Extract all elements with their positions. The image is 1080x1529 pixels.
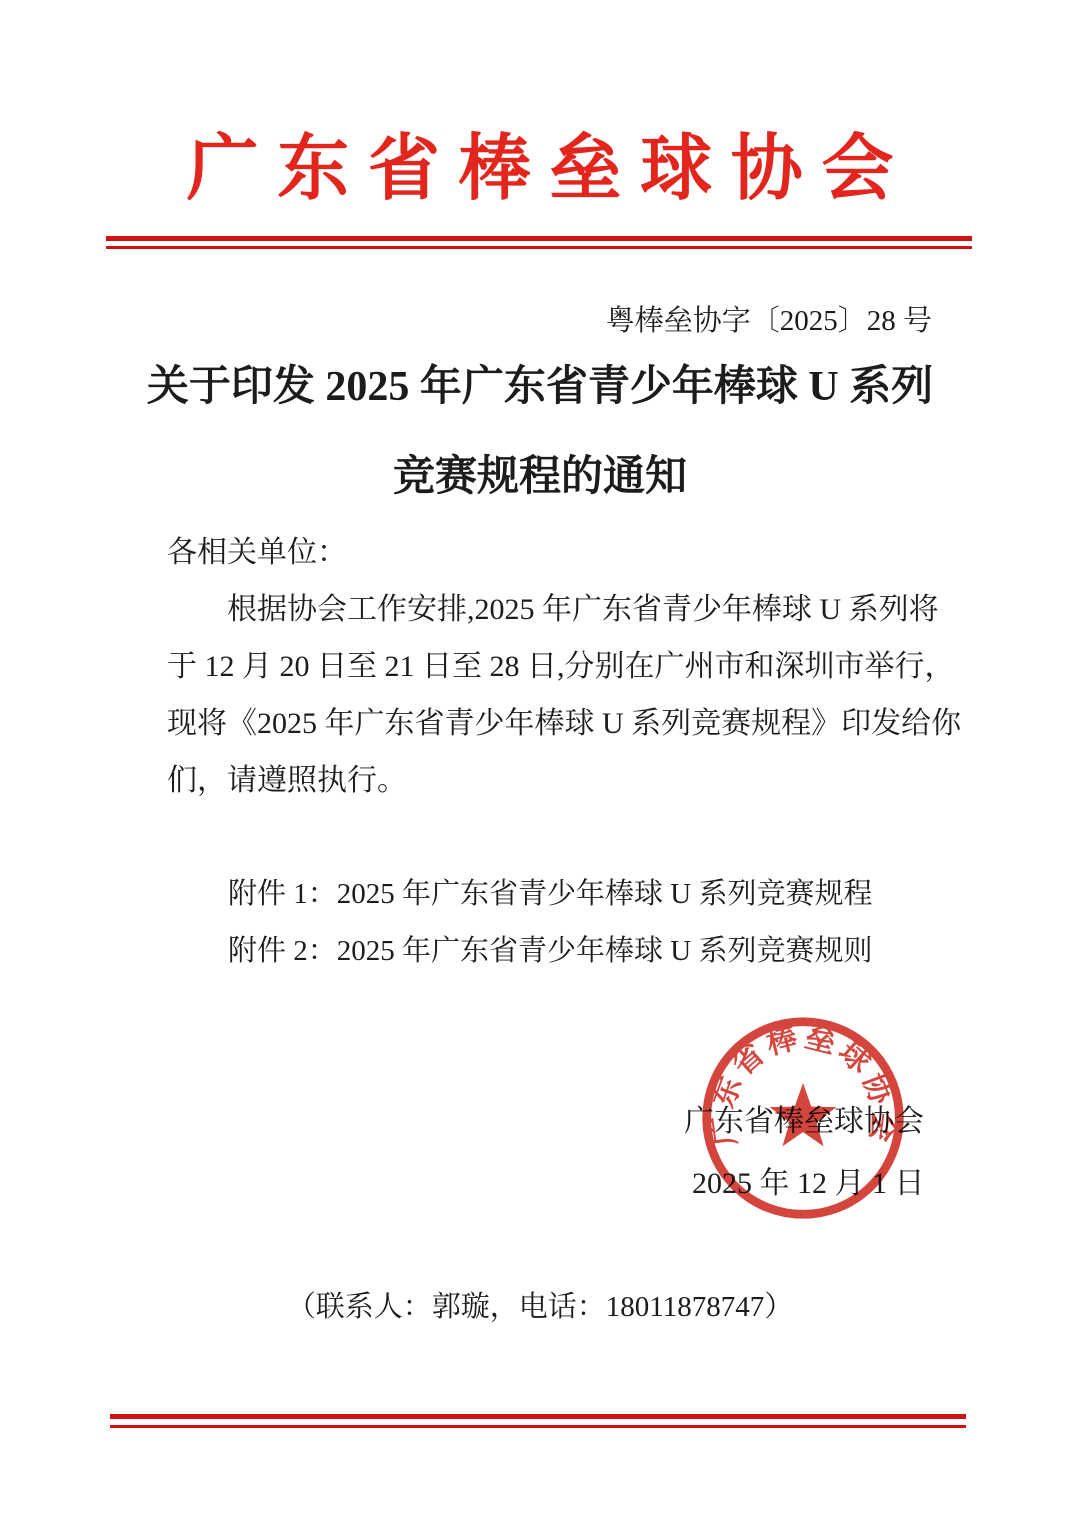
body-line: 们，请遵照执行。 <box>167 752 967 809</box>
document-title: 关于印发 2025 年广东省青少年棒球 U 系列 竞赛规程的通知 <box>0 364 1080 500</box>
header-rule-thin <box>106 246 972 249</box>
document-title-line1: 关于印发 2025 年广东省青少年棒球 U 系列 <box>0 364 1080 410</box>
salutation: 各相关单位： <box>167 524 967 581</box>
document-page: 广东省棒垒球协会 粤棒垒协字〔2025〕28 号 关于印发 2025 年广东省青… <box>0 0 1080 1529</box>
seal-star-icon <box>770 1083 837 1146</box>
body-line: 于 12 月 20 日至 21 日至 28 日,分别在广州市和深圳市举行， <box>167 638 967 695</box>
contact-info: （联系人：郭璇，电话：18011878747） <box>0 1284 1080 1325</box>
attachment-item-2: 附件 2：2025 年广东省青少年棒球 U 系列竞赛规则 <box>228 923 968 980</box>
document-body: 各相关单位： 根据协会工作安排,2025 年广东省青少年棒球 U 系列将 于 1… <box>167 524 967 809</box>
document-number: 粤棒垒协字〔2025〕28 号 <box>0 303 932 341</box>
header-rule-thick <box>106 236 972 241</box>
official-seal-stamp: 广东省棒垒球协会 <box>696 1011 910 1225</box>
footer-rule-thin <box>110 1425 966 1428</box>
body-line: 现将《2025 年广东省青少年棒球 U 系列竞赛规程》印发给你 <box>167 695 967 752</box>
attachments-list: 附件 1：2025 年广东省青少年棒球 U 系列竞赛规程 附件 2：2025 年… <box>228 866 968 980</box>
attachment-item-1: 附件 1：2025 年广东省青少年棒球 U 系列竞赛规程 <box>228 866 968 923</box>
body-line: 根据协会工作安排,2025 年广东省青少年棒球 U 系列将 <box>167 581 967 638</box>
letterhead-org-name: 广东省棒垒球协会 <box>0 128 1080 211</box>
document-title-line2: 竞赛规程的通知 <box>0 454 1080 500</box>
footer-rule-thick <box>110 1414 966 1419</box>
